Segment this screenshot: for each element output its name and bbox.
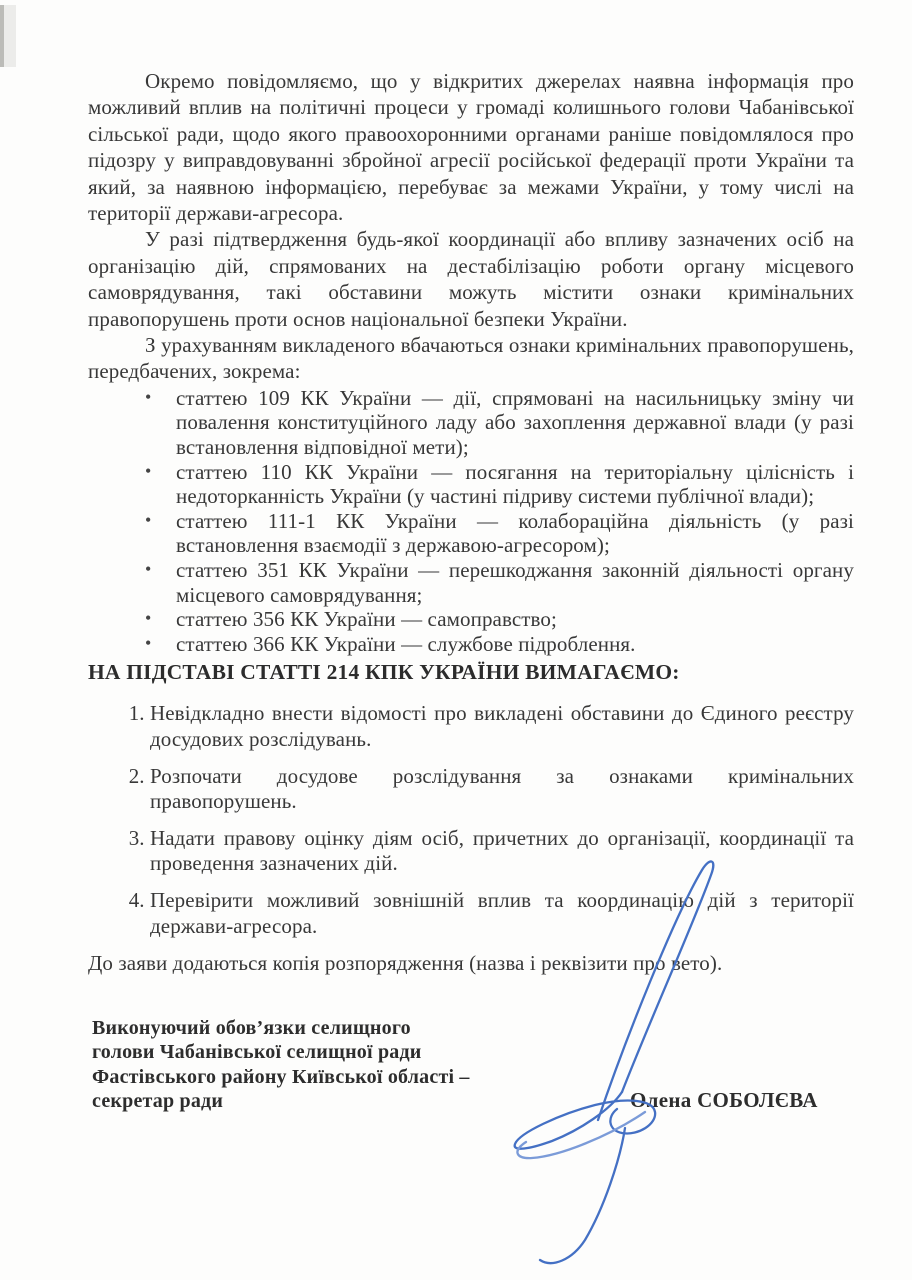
criminal-articles-list: статтею 109 КК України — дії, спрямовані… — [88, 386, 854, 657]
signature-stroke-underloop — [517, 1112, 645, 1158]
demand-item-2: Розпочати досудове розслідування за озна… — [150, 764, 854, 815]
signatory-title-block: Виконуючий обов’язки селищного голови Ча… — [92, 1016, 562, 1114]
article-item-109: статтею 109 КК України — дії, спрямовані… — [176, 386, 854, 460]
signatory-title-line-2: голови Чабанівської селищної ради — [92, 1040, 562, 1064]
article-item-356: статтею 356 КК України — самоправство; — [176, 607, 854, 632]
demand-item-4: Перевірити можливий зовнішній вплив та к… — [150, 888, 854, 939]
demand-heading: НА ПІДСТАВІ СТАТТІ 214 КПК УКРАЇНИ ВИМАГ… — [88, 659, 854, 686]
article-item-351: статтею 351 КК України — перешкоджання з… — [176, 558, 854, 607]
article-item-366: статтею 366 КК України — службове підроб… — [176, 632, 854, 657]
attachment-note: До заяви додаються копія розпорядження (… — [88, 950, 854, 976]
body-paragraph-1: Окремо повідомляємо, що у відкритих джер… — [88, 68, 854, 226]
signatory-name: Олена СОБОЛЄВА — [630, 1088, 818, 1113]
demands-list: Невідкладно внести відомості про викладе… — [88, 701, 854, 939]
scan-edge-artifact — [0, 5, 16, 67]
body-paragraph-3: З урахуванням викладеного вбачаються озн… — [88, 332, 854, 385]
signatory-title-line-1: Виконуючий обов’язки селищного — [92, 1016, 562, 1040]
demand-item-3: Надати правову оцінку діям осіб, причетн… — [150, 826, 854, 877]
article-item-110: статтею 110 КК України — посягання на те… — [176, 460, 854, 509]
signatory-title-line-3: Фастівського району Київської області – — [92, 1065, 562, 1089]
article-item-111-1: статтею 111-1 КК України — колабораційна… — [176, 509, 854, 558]
body-paragraph-2: У разі підтвердження будь-якої координац… — [88, 226, 854, 332]
demand-item-1: Невідкладно внести відомості про викладе… — [150, 701, 854, 752]
signatory-title-line-4: секретар ради — [92, 1089, 562, 1113]
signature-stroke-tail — [540, 1128, 625, 1263]
scanned-document-page: Окремо повідомляємо, що у відкритих джер… — [0, 0, 912, 1280]
document-body: Окремо повідомляємо, що у відкритих джер… — [88, 68, 854, 976]
